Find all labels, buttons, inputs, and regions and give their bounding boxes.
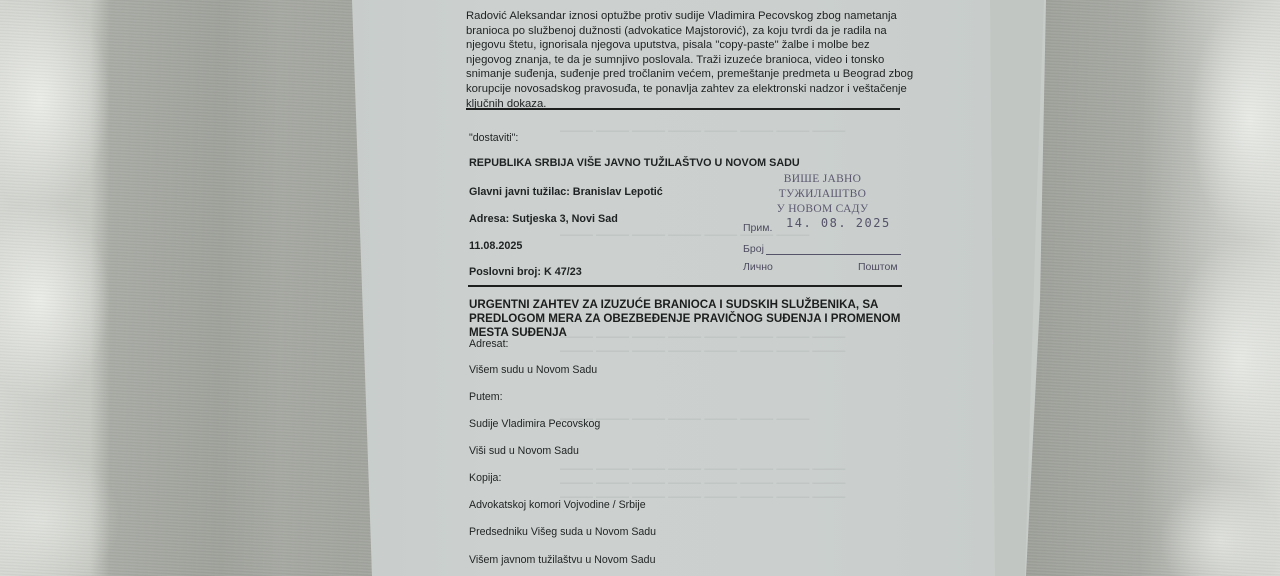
divider-rule	[468, 285, 902, 287]
stamp-number-line	[766, 254, 901, 255]
stamp-office-line1: ВИШЕ ЈАВНО ТУЖИЛАШТВО	[740, 172, 905, 202]
stamp-office-line2: У НОВОМ САДУ	[740, 202, 905, 217]
copy-recipient: Predsedniku Višeg suda u Novom Sadu	[469, 526, 656, 538]
bleed-through-text: ——— ——— ——— ——— ——— ——— ——— ———	[560, 462, 845, 476]
addressee: Višem sudu u Novom Sadu	[469, 364, 597, 376]
address: Adresa: Sutjeska 3, Novi Sad	[469, 213, 618, 225]
chief-prosecutor: Glavni javni tužilac: Branislav Lepotić	[469, 186, 663, 198]
stamp-received-date: 14. 08. 2025	[786, 216, 891, 230]
case-number: Poslovni broj: K 47/23	[469, 266, 582, 278]
via-judge: Sudije Vladimira Pecovskog	[469, 418, 600, 430]
document-content: ——— ——— ——— ——— ——— ——— ——— ——— ——— ——— …	[0, 0, 1280, 576]
bleed-through-text: ——— ——— ——— ——— ——— ——— ——— ———	[560, 124, 845, 138]
copy-recipient: Višem javnom tužilaštvu u Novom Sadu	[469, 554, 655, 566]
stamp-by-mail-label: Поштом	[858, 261, 898, 273]
case-summary-paragraph: Radović Aleksandar iznosi optužbe protiv…	[466, 9, 916, 111]
request-title: URGENTNI ZAHTEV ZA IZUZUĆE BRANIOCA I SU…	[469, 298, 909, 340]
bleed-through-text: ——— ——— ——— ——— ——— ——— ——— ———	[560, 476, 845, 490]
stamp-received-label: Прим.	[743, 222, 772, 234]
stamp-number-label: Број	[743, 243, 764, 255]
copy-label: Kopija:	[469, 472, 501, 484]
stamp-personally-label: Лично	[743, 261, 773, 273]
copy-recipient: Advokatskoj komori Vojvodine / Srbije	[469, 499, 646, 511]
stamp-office: ВИШЕ ЈАВНО ТУЖИЛАШТВО У НОВОМ САДУ	[740, 172, 905, 217]
via-court: Viši sud u Novom Sadu	[469, 445, 579, 457]
via-label: Putem:	[469, 391, 503, 403]
deliver-label: "dostaviti":	[469, 132, 518, 144]
document-date: 11.08.2025	[469, 240, 522, 252]
addressee-label: Adresat:	[469, 338, 508, 350]
bleed-through-text: ——— ——— ——— ——— ——— ——— ——— ———	[560, 344, 845, 358]
recipient-institution: REPUBLIKA SRBIJA VIŠE JAVNO TUŽILAŠTVO U…	[469, 157, 800, 169]
divider-rule	[466, 108, 900, 110]
